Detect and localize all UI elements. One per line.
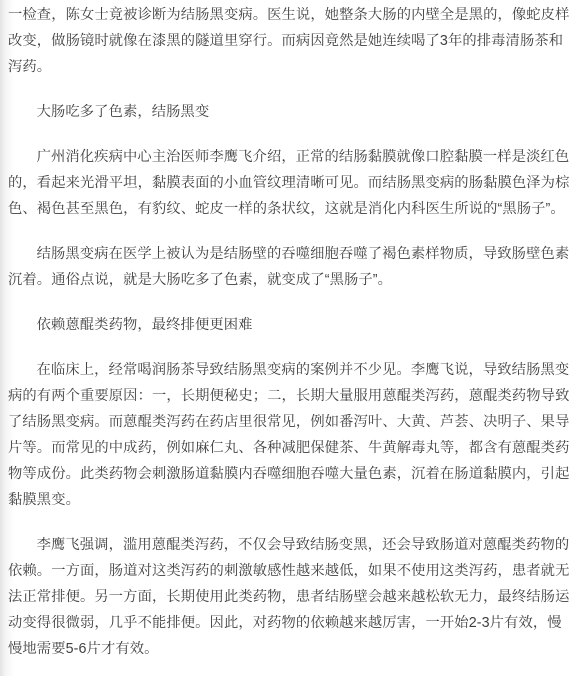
text-line: 广州消化疾病中心主治医师李鹰飞介绍，正常的结肠黏膜就像口腔黏膜一样是淡红色 (8, 144, 575, 170)
text-line: 黏膜黑变。 (8, 487, 575, 513)
text-line: 物等成份。此类药物会刺激肠道黏膜内吞噬细胞吞噬大量色素，沉着在肠道黏膜内，引起 (8, 461, 575, 487)
article-page: 一检查，陈女士竟被诊断为结肠黑变病。医生说，她整条大肠的内壁全是黑的，像蛇皮样 … (0, 0, 579, 676)
text-line: 依赖。一方面，肠道对这类泻药的刺激敏感性越来越低，如果不使用这类泻药，患者就无 (8, 558, 575, 584)
paragraph-causes: 在临床上，经常喝润肠茶导致结肠黑变病的案例并不少见。李鹰飞说，导致结肠黑变 病的… (8, 357, 575, 513)
text-line: 改变，做肠镜时就像在漆黑的隧道里穿行。而病因竟然是她连续喝了3年的排毒清肠茶和 (8, 28, 575, 54)
text-line: 在临床上，经常喝润肠茶导致结肠黑变病的案例并不少见。李鹰飞说，导致结肠黑变 (8, 357, 575, 383)
text-line: 片等。而常见的中成药，例如麻仁丸、各种减肥保健茶、牛黄解毒丸等，都含有蒽醌类药 (8, 435, 575, 461)
paragraph-doctor-intro: 广州消化疾病中心主治医师李鹰飞介绍，正常的结肠黏膜就像口腔黏膜一样是淡红色 的，… (8, 144, 575, 222)
text-line: 的，看起来光滑平坦，黏膜表面的小血管纹理清晰可见。而结肠黑变病的肠黏膜色泽为棕 (8, 170, 575, 196)
text-line: 动变得很微弱，几乎不能排便。因此，对药物的依赖越来越厉害，一开始2-3片有效，慢 (8, 610, 575, 636)
section-heading-dependency: 依赖蒽醌类药物，最终排便更困难 (8, 312, 575, 338)
text-line: 泻药。 (8, 54, 575, 80)
text-line: 一检查，陈女士竟被诊断为结肠黑变病。医生说，她整条大肠的内壁全是黑的，像蛇皮样 (8, 2, 575, 28)
heading-line: 大肠吃多了色素，结肠黑变 (8, 99, 575, 125)
text-line: 李鹰飞强调，滥用蒽醌类泻药，不仅会导致结肠变黑，还会导致肠道对蒽醌类药物的 (8, 532, 575, 558)
text-line: 病的有两个重要原因：一，长期便秘史；二，长期大量服用蒽醌类泻药，蒽醌类药物导致 (8, 383, 575, 409)
text-line: 色、褐色甚至黑色，有豹纹、蛇皮一样的条状纹，这就是消化内科医生所说的“黑肠子”。 (8, 196, 575, 222)
text-line: 慢地需要5-6片才有效。 (8, 636, 575, 662)
text-line: 结肠黑变病在医学上被认为是结肠壁的吞噬细胞吞噬了褐色素样物质，导致肠壁色素 (8, 241, 575, 267)
section-heading-pigment: 大肠吃多了色素，结肠黑变 (8, 99, 575, 125)
paragraph-dependency-warning: 李鹰飞强调，滥用蒽醌类泻药，不仅会导致结肠变黑，还会导致肠道对蒽醌类药物的 依赖… (8, 532, 575, 662)
heading-line: 依赖蒽醌类药物，最终排便更困难 (8, 312, 575, 338)
text-line: 了结肠黑变病。而蒽醌类泻药在药店里很常见，例如番泻叶、大黄、芦荟、决明子、果导 (8, 409, 575, 435)
paragraph-intro: 一检查，陈女士竟被诊断为结肠黑变病。医生说，她整条大肠的内壁全是黑的，像蛇皮样 … (8, 2, 575, 80)
text-line: 法正常排便。另一方面，长期使用此类药物，患者结肠壁会越来越松软无力，最终结肠运 (8, 584, 575, 610)
text-line: 沉着。通俗点说，就是大肠吃多了色素，就变成了“黑肠子”。 (8, 267, 575, 293)
paragraph-medical-explanation: 结肠黑变病在医学上被认为是结肠壁的吞噬细胞吞噬了褐色素样物质，导致肠壁色素 沉着… (8, 241, 575, 293)
